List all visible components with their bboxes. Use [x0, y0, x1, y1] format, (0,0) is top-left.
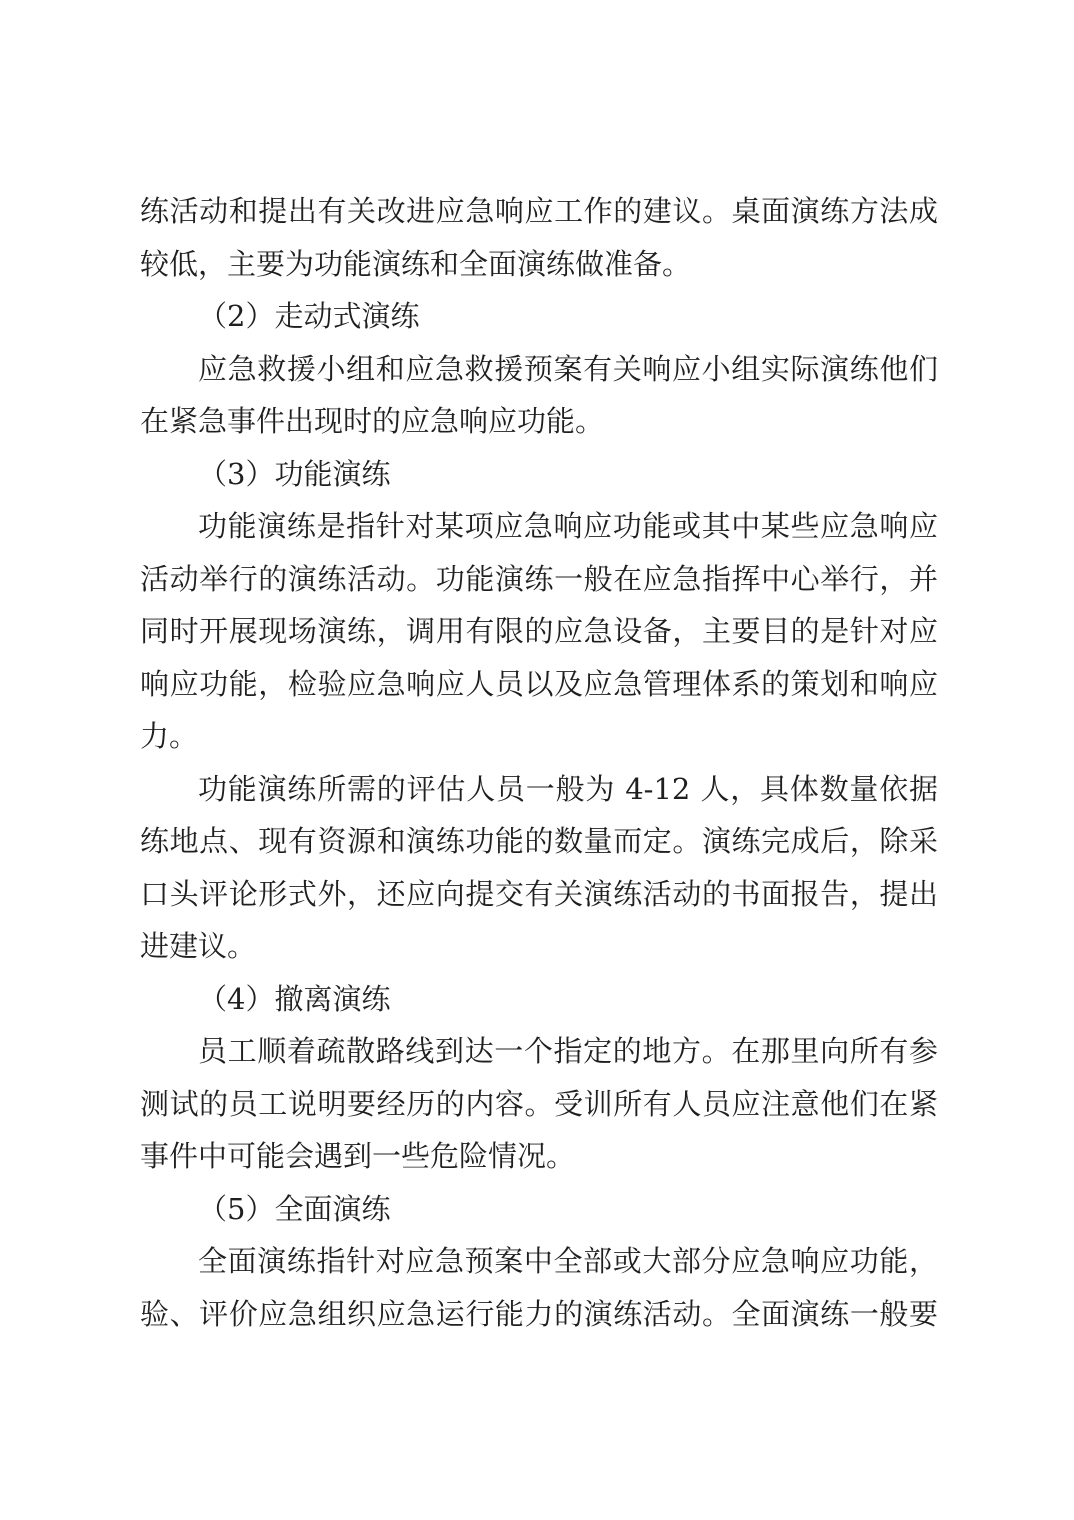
text-line: 事件中可能会遇到一些危险情况。 — [140, 1130, 938, 1183]
text-line: 较低，主要为功能演练和全面演练做准备。 — [140, 238, 938, 291]
text-line: 全面演练指针对应急预案中全部或大部分应急响应功能，检 — [140, 1235, 938, 1288]
text-line: 活动举行的演练活动。功能演练一般在应急指挥中心举行，并可 — [140, 553, 938, 606]
text-line: 进建议。 — [140, 920, 938, 973]
text-line: 功能演练所需的评估人员一般为 4-12 人，具体数量依据演 — [140, 763, 938, 816]
text-line: （5）全面演练 — [140, 1183, 938, 1236]
text-body: 练活动和提出有关改进应急响应工作的建议。桌面演练方法成本较低，主要为功能演练和全… — [140, 185, 938, 1340]
text-line: 在紧急事件出现时的应急响应功能。 — [140, 395, 938, 448]
text-line: （3）功能演练 — [140, 448, 938, 501]
text-line: 功能演练是指针对某项应急响应功能或其中某些应急响应 — [140, 500, 938, 553]
document-page: 练活动和提出有关改进应急响应工作的建议。桌面演练方法成本较低，主要为功能演练和全… — [0, 0, 1074, 1520]
text-line: 练地点、现有资源和演练功能的数量而定。演练完成后，除采取 — [140, 815, 938, 868]
text-line: 员工顺着疏散路线到达一个指定的地方。在那里向所有参加 — [140, 1025, 938, 1078]
text-line: （2）走动式演练 — [140, 290, 938, 343]
text-line: 练活动和提出有关改进应急响应工作的建议。桌面演练方法成本 — [140, 185, 938, 238]
text-line: 测试的员工说明要经历的内容。受训所有人员应注意他们在紧急 — [140, 1078, 938, 1131]
text-line: 响应功能，检验应急响应人员以及应急管理体系的策划和响应能 — [140, 658, 938, 711]
text-line: 口头评论形式外，还应向提交有关演练活动的书面报告，提出改 — [140, 868, 938, 921]
text-line: （4）撤离演练 — [140, 973, 938, 1026]
text-line: 力。 — [140, 710, 938, 763]
text-line: 同时开展现场演练，调用有限的应急设备，主要目的是针对应急 — [140, 605, 938, 658]
text-line: 应急救援小组和应急救援预案有关响应小组实际演练他们 — [140, 343, 938, 396]
text-line: 验、评价应急组织应急运行能力的演练活动。全面演练一般要求 — [140, 1288, 938, 1341]
